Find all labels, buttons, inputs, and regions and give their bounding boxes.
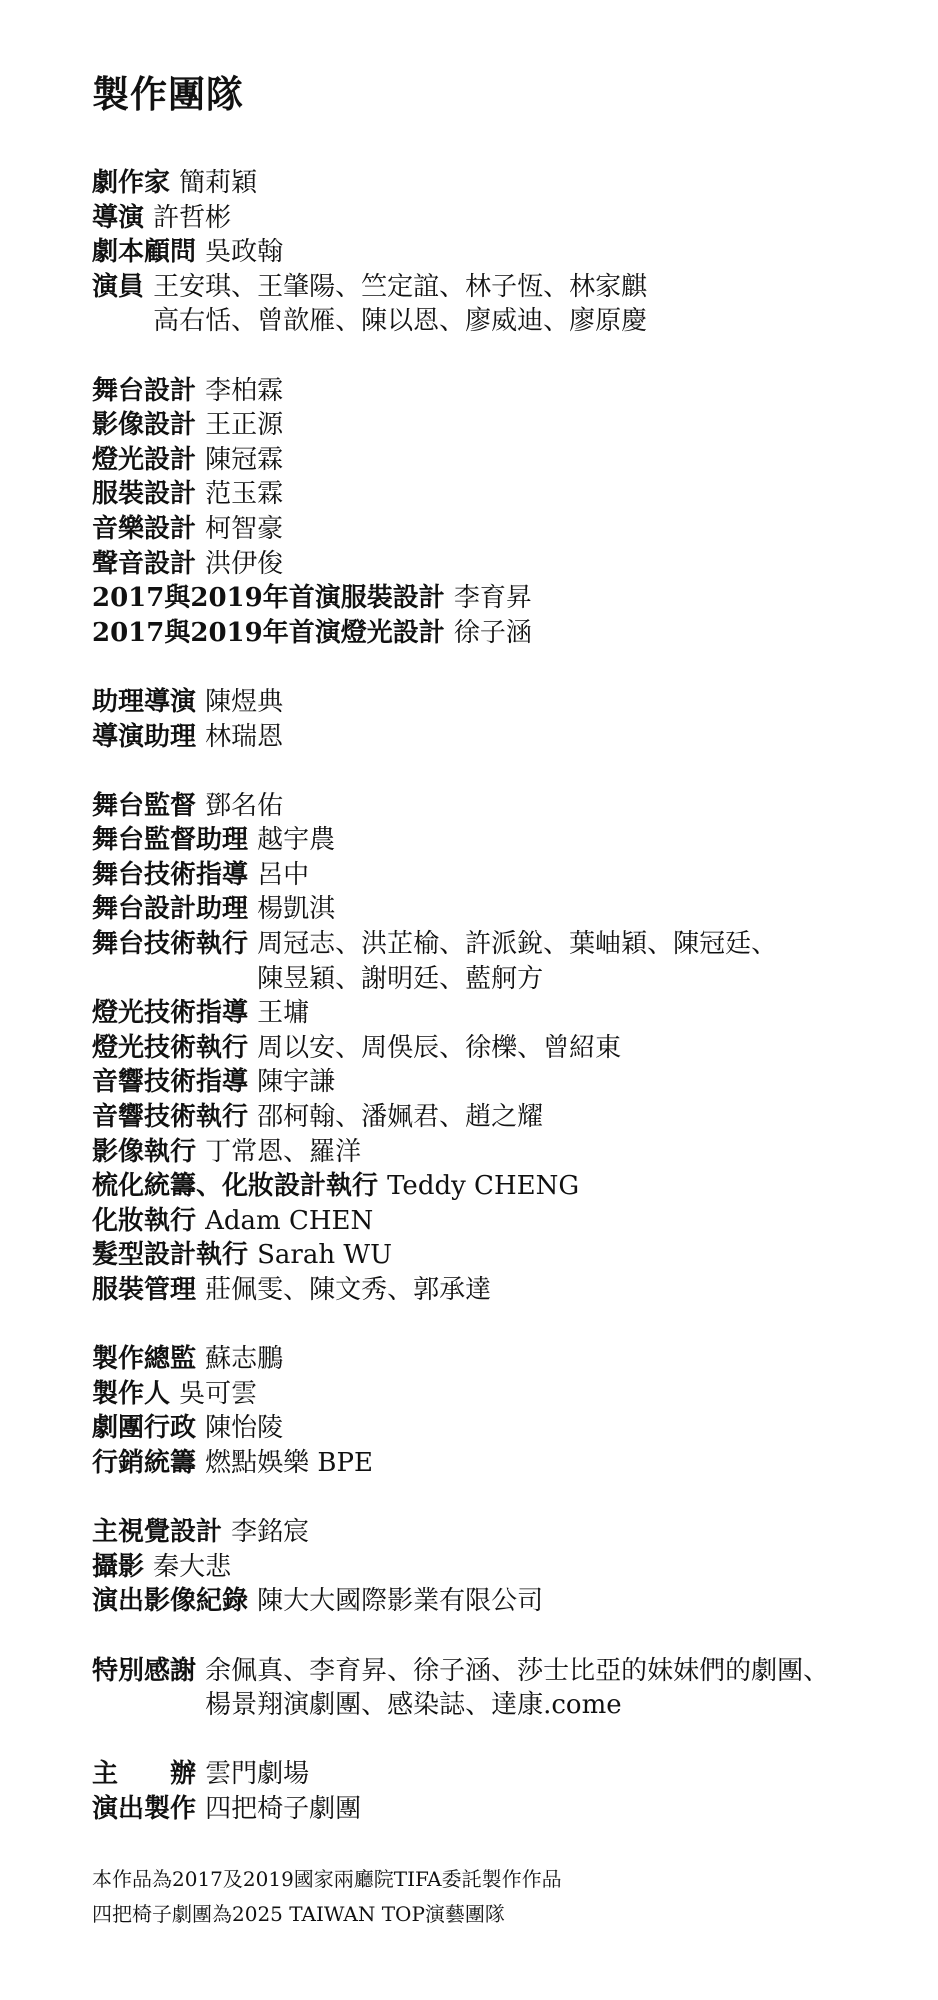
credit-row-lighting-technical-director: 燈光技術指導 王墉	[92, 996, 912, 1031]
section-spacer	[92, 1481, 912, 1516]
credit-label: 主 辦	[92, 1757, 196, 1792]
credit-label: 舞台設計助理	[92, 892, 248, 927]
credit-row-lighting-design: 燈光設計 陳冠霖	[92, 443, 912, 478]
credit-value: 余佩真、李育昇、徐子涵、莎士比亞的妹妹們的劇團、 楊景翔演劇團、感染誌、達康.c…	[205, 1654, 829, 1723]
credit-label: 聲音設計	[92, 547, 196, 582]
credit-value: 四把椅子劇團	[205, 1792, 361, 1827]
credit-label: 燈光設計	[92, 443, 196, 478]
credit-row-performance-video-record: 演出影像紀錄 陳大大國際影業有限公司	[92, 1584, 912, 1619]
credit-label: 服裝設計	[92, 477, 196, 512]
credit-value: 柯智豪	[205, 512, 283, 547]
credit-value: Sarah WU	[257, 1238, 392, 1273]
credit-row-production-director: 製作總監 蘇志鵬	[92, 1342, 912, 1377]
credit-value: Adam CHEN	[205, 1204, 373, 1239]
credit-row-makeup-crew: 化妝執行 Adam CHEN	[92, 1204, 912, 1239]
credit-label: 舞台設計	[92, 374, 196, 409]
credit-label: 舞台技術指導	[92, 858, 248, 893]
credit-value: 莊佩雯、陳文秀、郭承達	[205, 1273, 491, 1308]
credit-label: 音響技術指導	[92, 1065, 248, 1100]
section-spacer	[92, 650, 912, 685]
credit-label: 劇團行政	[92, 1411, 196, 1446]
credit-row-stage-crew: 舞台技術執行 周冠志、洪芷榆、許派銳、葉岫穎、陳冠廷、 陳昱穎、謝明廷、藍舸方	[92, 927, 912, 996]
credit-row-sound-technical-director: 音響技術指導 陳宇謙	[92, 1065, 912, 1100]
credit-value: 王墉	[257, 996, 309, 1031]
credit-value: 鄧名佑	[205, 789, 283, 824]
credit-value: 范玉霖	[205, 477, 283, 512]
credit-value: 吳政翰	[205, 235, 283, 270]
credit-value: 燃點娛樂 BPE	[205, 1446, 373, 1481]
credit-row-playwright: 劇作家 簡莉穎	[92, 166, 912, 201]
credit-value: 陳煜典	[205, 685, 283, 720]
credit-value: 陳怡陵	[205, 1411, 283, 1446]
credit-label: 攝影	[92, 1550, 144, 1585]
credit-label: 音響技術執行	[92, 1100, 248, 1135]
credit-value: 王安琪、王肇陽、竺定誼、林子恆、林家麒 高右恬、曾歆雁、陳以恩、廖威迪、廖原慶	[153, 270, 647, 339]
credit-value: 陳大大國際影業有限公司	[257, 1584, 543, 1619]
credit-label: 髮型設計執行	[92, 1238, 248, 1273]
credit-label: 燈光技術指導	[92, 996, 248, 1031]
credit-row-dramaturg: 劇本顧問 吳政翰	[92, 235, 912, 270]
credit-label: 演出製作	[92, 1792, 196, 1827]
credit-value: 簡莉穎	[179, 166, 257, 201]
credit-row-special-thanks: 特別感謝 余佩真、李育昇、徐子涵、莎士比亞的妹妹們的劇團、 楊景翔演劇團、感染誌…	[92, 1654, 912, 1723]
credit-label: 劇本顧問	[92, 235, 196, 270]
section-spacer	[92, 754, 912, 789]
credit-row-director-assistant: 導演助理 林瑞恩	[92, 720, 912, 755]
credit-row-key-visual-design: 主視覺設計 李銘宸	[92, 1515, 912, 1550]
credit-value: 王正源	[205, 408, 283, 443]
credit-value: 李銘宸	[231, 1515, 309, 1550]
credit-label: 劇作家	[92, 166, 170, 201]
footer-notes: 本作品為2017及2019國家兩廳院TIFA委託製作作品 四把椅子劇團為2025…	[92, 1862, 562, 1932]
credit-row-director: 導演 許哲彬	[92, 201, 912, 236]
credit-label: 梳化統籌、化妝設計執行	[92, 1169, 378, 1204]
credit-value: 秦大悲	[153, 1550, 231, 1585]
credit-row-stage-technical-director: 舞台技術指導 呂中	[92, 858, 912, 893]
page-title: 製作團隊	[92, 72, 244, 116]
section-spacer	[92, 1619, 912, 1654]
credit-row-presenter: 主 辦 雲門劇場	[92, 1757, 912, 1792]
credit-row-music-design: 音樂設計 柯智豪	[92, 512, 912, 547]
credit-label: 主視覺設計	[92, 1515, 222, 1550]
credit-value: Teddy CHENG	[387, 1169, 579, 1204]
credit-value: 呂中	[257, 858, 309, 893]
credit-label: 導演助理	[92, 720, 196, 755]
section-spacer	[92, 1308, 912, 1343]
credit-label: 演員	[92, 270, 144, 305]
credit-value: 李育昇	[454, 581, 532, 616]
credit-row-cast: 演員 王安琪、王肇陽、竺定誼、林子恆、林家麒 高右恬、曾歆雁、陳以恩、廖威迪、廖…	[92, 270, 912, 339]
credit-label: 舞台技術執行	[92, 927, 248, 962]
credit-row-video-crew: 影像執行 丁常恩、羅洋	[92, 1135, 912, 1170]
credit-label: 化妝執行	[92, 1204, 196, 1239]
credit-row-wardrobe: 服裝管理 莊佩雯、陳文秀、郭承達	[92, 1273, 912, 1308]
credit-row-stage-manager: 舞台監督 鄧名佑	[92, 789, 912, 824]
credit-label: 舞台監督	[92, 789, 196, 824]
section-spacer	[92, 339, 912, 374]
credit-label: 演出影像紀錄	[92, 1584, 248, 1619]
credit-label: 助理導演	[92, 685, 196, 720]
credit-label: 服裝管理	[92, 1273, 196, 1308]
credit-value: 陳宇謙	[257, 1065, 335, 1100]
credit-value: 林瑞恩	[205, 720, 283, 755]
section-spacer	[92, 1723, 912, 1758]
credit-value: 徐子涵	[454, 616, 532, 651]
credit-row-set-design: 舞台設計 李柏霖	[92, 374, 912, 409]
credit-row-producer: 製作人 吳可雲	[92, 1377, 912, 1412]
credit-row-hair-makeup-coordinator: 梳化統籌、化妝設計執行 Teddy CHENG	[92, 1169, 912, 1204]
credit-label: 導演	[92, 201, 144, 236]
credit-value: 周冠志、洪芷榆、許派銳、葉岫穎、陳冠廷、 陳昱穎、謝明廷、藍舸方	[257, 927, 777, 996]
credit-value: 楊凱淇	[257, 892, 335, 927]
credit-value: 丁常恩、羅洋	[205, 1135, 361, 1170]
credit-value: 李柏霖	[205, 374, 283, 409]
credit-row-marketing: 行銷統籌 燃點娛樂 BPE	[92, 1446, 912, 1481]
credit-row-video-design: 影像設計 王正源	[92, 408, 912, 443]
credit-value: 雲門劇場	[205, 1757, 309, 1792]
credit-label: 行銷統籌	[92, 1446, 196, 1481]
credit-label: 製作總監	[92, 1342, 196, 1377]
credit-row-photography: 攝影 秦大悲	[92, 1550, 912, 1585]
credit-label: 舞台監督助理	[92, 823, 248, 858]
credit-label: 2017與2019年首演燈光設計	[92, 616, 445, 651]
credit-label: 製作人	[92, 1377, 170, 1412]
footer-award-note: 四把椅子劇團為2025 TAIWAN TOP演藝團隊	[92, 1897, 562, 1932]
credit-value: 邵柯翰、潘姵君、趙之耀	[257, 1100, 543, 1135]
credit-row-assistant-stage-manager: 舞台監督助理 越宇農	[92, 823, 912, 858]
credit-label: 影像執行	[92, 1135, 196, 1170]
credit-label: 影像設計	[92, 408, 196, 443]
footer-commission-note: 本作品為2017及2019國家兩廳院TIFA委託製作作品	[92, 1862, 562, 1897]
credit-value: 許哲彬	[153, 201, 231, 236]
credit-row-production-company: 演出製作 四把椅子劇團	[92, 1792, 912, 1827]
credit-row-sound-crew: 音響技術執行 邵柯翰、潘姵君、趙之耀	[92, 1100, 912, 1135]
credit-row-premiere-lighting-design: 2017與2019年首演燈光設計 徐子涵	[92, 616, 912, 651]
credit-row-premiere-costume-design: 2017與2019年首演服裝設計 李育昇	[92, 581, 912, 616]
credit-row-company-administration: 劇團行政 陳怡陵	[92, 1411, 912, 1446]
credit-row-lighting-crew: 燈光技術執行 周以安、周俁辰、徐櫟、曾紹東	[92, 1031, 912, 1066]
credit-value: 周以安、周俁辰、徐櫟、曾紹東	[257, 1031, 621, 1066]
credit-row-hair-design-crew: 髮型設計執行 Sarah WU	[92, 1238, 912, 1273]
credit-row-set-design-assistant: 舞台設計助理 楊凱淇	[92, 892, 912, 927]
credit-value: 蘇志鵬	[205, 1342, 283, 1377]
credit-value: 越宇農	[257, 823, 335, 858]
credit-label: 燈光技術執行	[92, 1031, 248, 1066]
credit-value: 吳可雲	[179, 1377, 257, 1412]
credit-label: 特別感謝	[92, 1654, 196, 1689]
credit-row-assistant-director: 助理導演 陳煜典	[92, 685, 912, 720]
credit-row-sound-design: 聲音設計 洪伊俊	[92, 547, 912, 582]
credit-value: 洪伊俊	[205, 547, 283, 582]
credit-label: 音樂設計	[92, 512, 196, 547]
credit-value: 陳冠霖	[205, 443, 283, 478]
credits-list: 劇作家 簡莉穎 導演 許哲彬 劇本顧問 吳政翰 演員 王安琪、王肇陽、竺定誼、林…	[92, 166, 912, 1827]
credit-row-costume-design: 服裝設計 范玉霖	[92, 477, 912, 512]
credit-label: 2017與2019年首演服裝設計	[92, 581, 445, 616]
